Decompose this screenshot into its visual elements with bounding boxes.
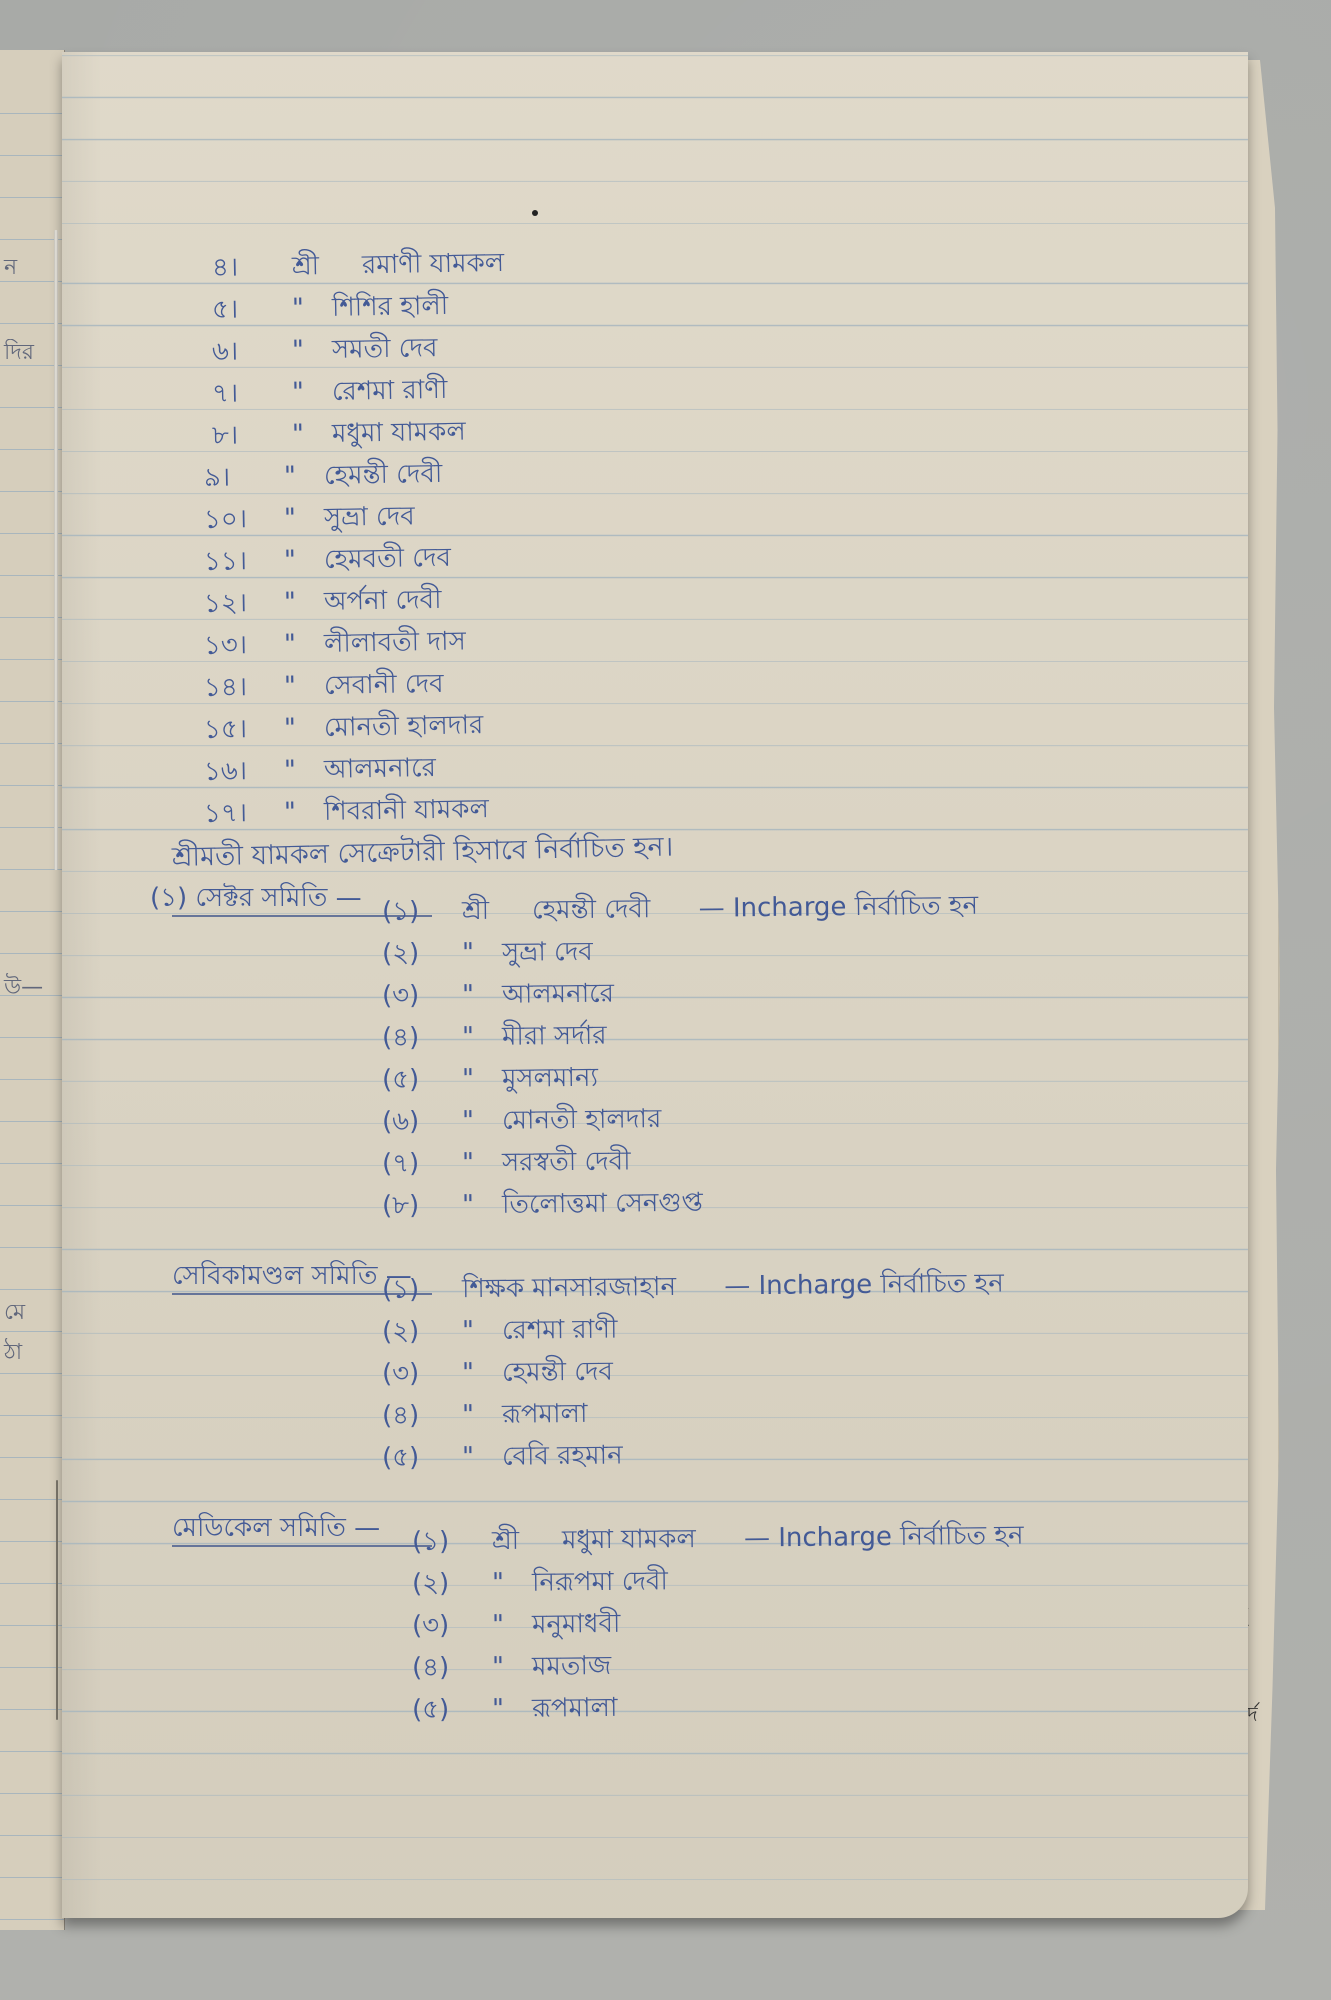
item-number: (১) [412,1520,492,1565]
item-number: ১৭। [204,792,285,837]
ditto-mark: শিক্ষক [462,1267,532,1312]
committee-member: (৪)"মীরা সর্দার [382,1015,607,1061]
margin-fragment: ন [4,250,17,287]
committee-member: (৫)"বেবি রহমান [382,1434,623,1481]
committee-member: (৭)"সরস্বতী দেবী [382,1140,631,1187]
committee-member: (৪)"মমতাজ [412,1645,612,1691]
member-list-item: ১৫।"মোনতী হালদার [204,704,484,753]
member-list-item: ১৭।"শিবরানী যামকল [204,788,490,837]
item-name: হেমন্তী দেব [502,1357,613,1388]
ditto-mark: " [462,980,502,1010]
member-list-item: ৯।"হেমন্তী দেবী [204,453,443,501]
item-number: ৭। [212,372,293,417]
item-name: শিশির হালী [332,291,449,323]
member-list-item: ৮।"মধুমা যামকল [212,411,467,459]
item-name: মুসলমান্য [502,1063,598,1094]
item-name: মীরা সর্দার [502,1021,607,1052]
member-list-item: ৭।"রেশমা রাণী [212,369,448,417]
member-list-item: ৫।"শিশির হালী [212,285,449,333]
item-number: ১৪। [204,666,285,711]
item-name: মমতাজ [532,1651,611,1682]
ditto-mark: " [284,755,325,786]
item-number: (৪) [382,1016,462,1061]
item-number: ৫। [212,288,293,333]
committee-member: (১)শ্রীহেমন্তী দেবী — Incharge নির্বাচিত… [382,885,979,935]
item-number: ১৩। [204,624,285,669]
binding-thread [54,230,58,870]
ink-spot [532,210,538,216]
item-name: হেমন্তী দেবী [324,459,443,491]
item-number: (২) [382,1310,462,1355]
item-number: (২) [412,1562,492,1607]
item-name: রূপমালা [532,1693,618,1724]
item-number: ৬। [212,330,293,375]
committee-member: (৮)"তিলোত্তমা সেনগুপ্ত [382,1182,703,1229]
committee-member: (৫)"রূপমালা [412,1687,618,1733]
ditto-mark: " [284,629,325,660]
member-list-item: ৬।"সমতী দেব [212,327,438,375]
heading-underline [172,1545,432,1547]
item-note: — Incharge নির্বাচিত হন [690,891,978,924]
item-name: আলমনারে [502,979,614,1010]
item-name: হেমন্তী দেবী [532,894,651,925]
margin-fragment: উ— [4,970,43,1007]
item-name: সরস্বতী দেবী [502,1146,631,1177]
ditto-mark: " [492,1694,532,1724]
committee-member: (৩)"আলমনারে [382,973,614,1019]
ditto-mark: " [462,1022,502,1052]
item-number: ৮। [212,414,293,459]
member-list-item: ১৩।"লীলাবতী দাস [204,620,467,669]
item-number: (২) [382,932,462,977]
item-number: (৮) [382,1184,462,1229]
item-note: — Incharge নির্বাচিত হন [736,1521,1024,1554]
ditto-mark: শ্রী [462,889,532,934]
committee-member: (২)"সুভ্রা দেব [382,931,593,977]
item-number: ৯। [204,456,285,501]
item-name: মোনতী হালদার [324,710,484,743]
item-name: মধুমা যামকল [562,1524,696,1555]
ditto-mark: " [284,503,325,534]
ditto-mark: " [462,1148,502,1178]
ditto-mark: " [292,335,333,366]
item-number: (৫) [382,1436,462,1481]
item-number: ১১। [204,540,285,585]
ditto-mark: " [284,713,325,744]
item-number: (৫) [412,1688,492,1733]
ditto-mark: " [462,1106,502,1136]
member-list-item: ১১।"হেমবতী দেব [204,537,452,585]
ditto-mark: " [462,1190,502,1220]
member-list-item: ৪।শ্রীরমাণী যামকল [212,242,505,291]
item-name: সুভ্রা দেব [502,937,593,968]
item-number: (৩) [382,1352,462,1397]
notebook-page: ৪।শ্রীরমাণী যামকল৫।"শিশির হালী৬।"সমতী দে… [62,52,1248,1918]
ditto-mark: " [284,461,325,492]
committee-member: (৩)"মনুমাধবী [412,1603,621,1649]
item-name: তিলোত্তমা সেনগুপ্ত [502,1188,703,1220]
ditto-mark: " [292,377,333,408]
item-number: ৪। [212,246,293,291]
item-name: রূপমালা [502,1399,588,1430]
ditto-mark: " [284,587,325,618]
committee-member: (৪)"রূপমালা [382,1393,588,1439]
item-name: অর্পনা দেবী [324,585,442,617]
member-list-item: ১০।"সুভ্রা দেব [204,495,416,543]
item-number: ১৫। [204,708,285,753]
ditto-mark: " [462,938,502,968]
item-note: — Incharge নির্বাচিত হন [716,1268,1004,1301]
item-name: মধুমা যামকল [332,417,466,449]
committee-member: (১)শ্রীমধুমা যামকল — Incharge নির্বাচিত … [412,1515,1024,1565]
ditto-mark: শ্রী [492,1519,562,1564]
item-name: নিরূপমা দেবী [532,1566,668,1597]
committee-member: (১)শিক্ষকমানসারজাহান — Incharge নির্বাচি… [382,1262,1004,1313]
ditto-mark: " [462,1400,502,1430]
ditto-mark: " [292,419,333,450]
item-name: রমাণী যামকল [362,248,505,280]
ditto-mark: " [462,1358,502,1388]
ditto-mark: " [462,1064,502,1094]
ditto-mark: " [492,1568,532,1598]
ditto-mark: শ্রী [292,244,363,289]
item-name: হেমবতী দেব [324,543,452,575]
ditto-mark: " [284,545,325,576]
committee-member: (৫)"মুসলমান্য [382,1057,598,1103]
margin-fragment: দির [4,335,34,372]
item-number: (৩) [412,1604,492,1649]
item-name: সুভ্রা দেব [324,501,415,533]
item-number: (৬) [382,1100,462,1145]
member-list-item: ১৬।"আলমনারে [204,747,437,795]
item-name: লীলাবতী দাস [324,626,466,658]
ditto-mark: " [284,797,325,828]
item-number: (৭) [382,1142,462,1187]
item-number: ১২। [204,582,285,627]
item-name: সেবানী দেব [324,669,444,701]
item-name: মানসারজাহান [532,1272,676,1304]
margin-fragment: মে [4,1295,25,1332]
item-name: শিবরানী যামকল [324,794,489,827]
ditto-mark: " [284,671,325,702]
committee-member: (২)"রেশমা রাণী [382,1309,618,1355]
binding-thread [56,1480,58,1720]
item-name: রেশমা রাণী [332,375,448,407]
member-list-item: ১২।"অর্পনা দেবী [204,579,442,627]
item-name: রেশমা রাণী [502,1315,618,1346]
ditto-mark: " [462,1442,502,1472]
item-name: বেবি রহমান [502,1440,623,1471]
committee-member: (২)"নিরূপমা দেবী [412,1560,668,1607]
item-number: (৪) [382,1394,462,1439]
item-number: (১) [382,890,462,935]
item-number: (৪) [412,1646,492,1691]
item-number: (৩) [382,974,462,1019]
item-name: মনুমাধবী [532,1609,621,1640]
item-name: সমতী দেব [332,333,438,365]
item-number: (৫) [382,1058,462,1103]
item-number: ১০। [204,498,285,543]
ditto-mark: " [492,1652,532,1682]
ditto-mark: " [292,293,333,324]
committee-member: (৬)"মোনতী হালদার [382,1098,662,1145]
item-name: আলমনারে [324,753,436,785]
item-number: ১৬। [204,750,285,795]
margin-fragment: ঠা [4,1335,22,1372]
item-name: মোনতী হালদার [502,1104,662,1136]
item-number: (১) [382,1268,462,1313]
member-list-item: ১৪।"সেবানী দেব [204,663,444,711]
ditto-mark: " [462,1316,502,1346]
ditto-mark: " [492,1610,532,1640]
committee-member: (৩)"হেমন্তী দেব [382,1351,613,1397]
